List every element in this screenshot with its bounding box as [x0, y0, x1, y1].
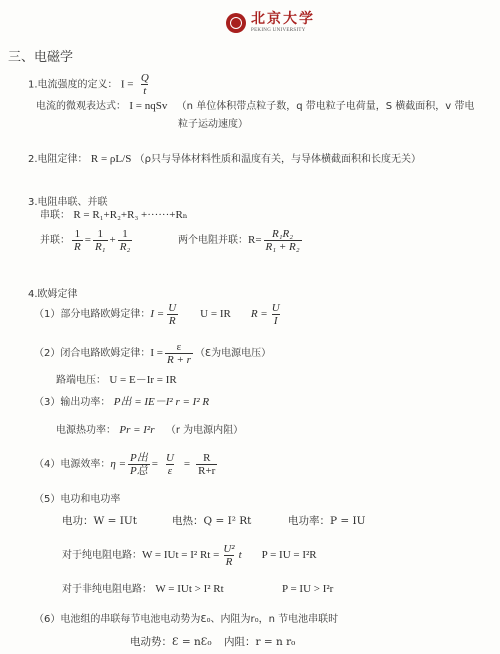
parallel-formula: 并联： 1R = 1R₁ + 1R₂: [40, 228, 134, 253]
efficiency: （4）电源效率： η = P出P总 = Uε = RR+r: [34, 452, 219, 477]
work-formula: 电功：W = IUt: [62, 515, 137, 528]
seal-icon: [226, 13, 246, 33]
logo-cn: 北京大学: [251, 12, 315, 27]
closed-ohm-law: （2）闭合电路欧姆定律： I = εR + r （Ɛ为电源电压）: [34, 341, 271, 366]
current-definition: 1.电流强度的定义： I = Qt: [28, 72, 153, 97]
current-micro-note: 粒子运动速度）: [178, 115, 248, 130]
two-parallel-formula: 两个电阻并联： R= R₁R₂R₁ + R₂: [178, 228, 304, 253]
partial-ohm-law: （1）部分电路欧姆定律： I = UR U = IR R = UI: [34, 302, 284, 327]
non-pure-resistance: 对于非纯电阻电路： W = IUt > I² Rt: [62, 583, 224, 596]
terminal-voltage: 路端电压： U = E－Ir = IR: [56, 374, 177, 387]
section-title: 三、电磁学: [8, 46, 73, 65]
heat-formula: 电热：Q = I² Rt: [172, 515, 251, 528]
current-micro: 电流的微观表达式： I = nqSv （n 单位体积带点粒子数，q 带电粒子电荷…: [36, 100, 474, 113]
heat-power: 电源热功率： Pr = I²r （r 为电源内阻）: [56, 424, 243, 437]
series-parallel-title: 3.电阻串联、并联: [28, 193, 108, 208]
resistance-law: 2.电阻定律： R = ρL/S （ρ只与导体材料性质和温度有关，与导体横截面积…: [28, 153, 421, 166]
university-logo: 北京大学 PEKING UNIVERSITY: [226, 12, 315, 34]
logo-en: PEKING UNIVERSITY: [251, 27, 315, 34]
battery-emf: 电动势：Ɛ = nƐ₀: [130, 636, 212, 649]
non-pure-power: P = IU > I²r: [282, 583, 333, 596]
battery-internal-resistance: 内阻：r = n r₀: [224, 636, 295, 649]
output-power: （3）输出功率： P出 = IE－I² r = I² R: [34, 396, 209, 409]
power-formula: 电功率：P = IU: [288, 515, 366, 528]
work-power-title: （5）电功和电功率: [34, 490, 120, 505]
battery-series: （6）电池组的串联每节电池电动势为Ɛ₀、内阻为r₀，n 节电池串联时: [34, 610, 338, 625]
series-formula: 串联： R = R₁+R₂+R₃ +······+Rₙ: [40, 209, 188, 222]
ohm-law-title: 4.欧姆定律: [28, 285, 78, 300]
pure-resistance: 对于纯电阻电路： W = IUt = I² Rt = U²R t P = IU …: [62, 543, 317, 568]
